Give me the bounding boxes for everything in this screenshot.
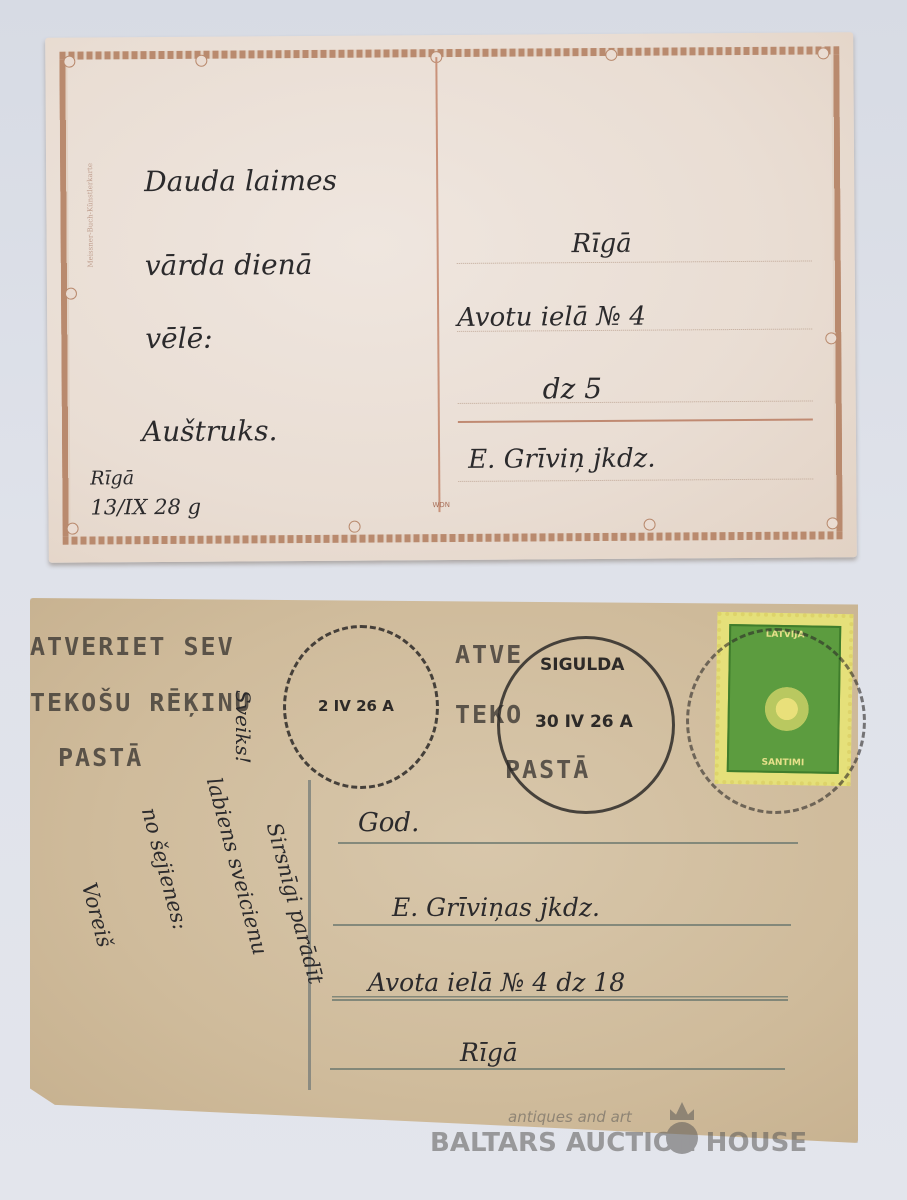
postmark-date: 30 IV 26 A: [535, 712, 633, 732]
address-line-rule: [338, 842, 798, 844]
signature: Auštruks.: [142, 414, 278, 448]
address-recipient: E. Grīviņ jkdz.: [468, 444, 656, 475]
rosette-icon: [817, 47, 829, 59]
watermark-brand: BALTARS AUCTION HOUSE: [430, 1128, 807, 1158]
address-city: Rīgā: [460, 1038, 518, 1067]
rosette-icon: [63, 56, 75, 68]
address-recipient: E. Grīviņas jkdz.: [392, 893, 600, 922]
place-text: Rīgā: [90, 467, 134, 489]
address-apartment: dz 5: [543, 372, 603, 405]
postmark-date: 2 IV 26 A: [318, 697, 394, 715]
slogan-cancel-line: TEKOŠU RĒĶINU: [30, 688, 252, 717]
address-street: Avotu ielā № 4: [457, 302, 646, 333]
message-line: vārda dienā: [145, 248, 313, 282]
rosette-icon: [349, 521, 361, 533]
message-line: vēlē:: [145, 322, 213, 355]
address-line-rule: [330, 1068, 785, 1070]
rosette-icon: [195, 55, 207, 67]
slogan-cancel-line: ATVE: [455, 640, 523, 669]
rosette-icon: [65, 288, 77, 300]
salutation: God.: [358, 808, 419, 838]
postmark-circle: [686, 628, 866, 814]
side-message-line: Sveiks!: [231, 690, 255, 764]
address-line-rule: [333, 924, 791, 926]
postcard-top: Meissner-Buch-Künstlerkarte WDN Dauda la…: [45, 32, 857, 563]
rosette-icon: [827, 517, 839, 529]
date-text: 13/IX 28 g: [90, 495, 201, 520]
maker-mark: WDN: [432, 501, 450, 509]
printer-imprint: Meissner-Buch-Künstlerkarte: [86, 163, 95, 268]
rosette-icon: [605, 49, 617, 61]
ornamental-border: [59, 46, 842, 544]
slogan-cancel-line: ATVERIET SEV: [30, 632, 235, 661]
address-street: Avota ielā № 4 dz 18: [368, 968, 625, 997]
message-line: Dauda laimes: [144, 164, 337, 198]
rosette-icon: [67, 523, 79, 535]
address-city: Rīgā: [572, 229, 632, 259]
slogan-cancel-line: PASTĀ: [58, 743, 143, 772]
postmark-town: SIGULDA: [540, 655, 624, 675]
rosette-icon: [825, 332, 837, 344]
rosette-icon: [644, 519, 656, 531]
watermark-tagline: antiques and art: [508, 1108, 632, 1126]
